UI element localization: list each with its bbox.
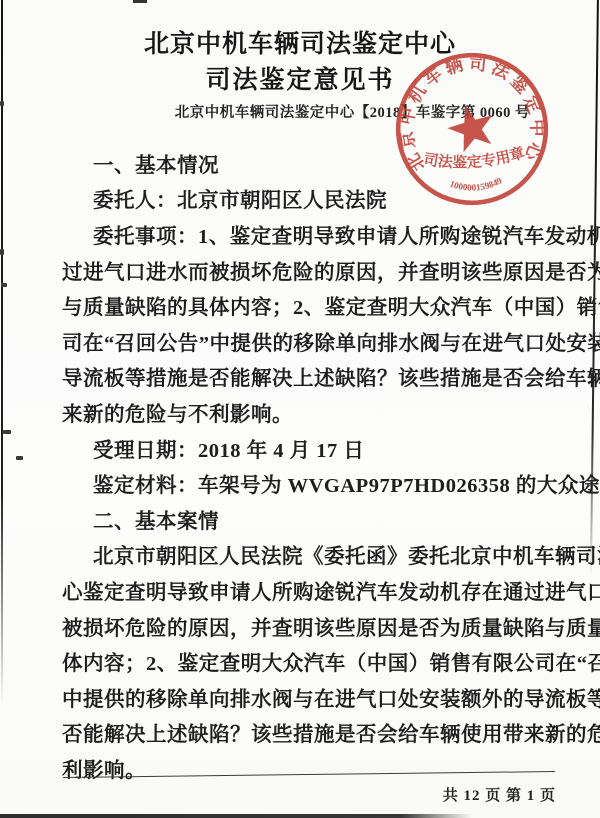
scan-speck: [1, 283, 7, 287]
document-body: 一、基本情况 委托人：北京市朝阳区人民法院 委托事项：1、鉴定查明导致申请人所购…: [62, 145, 530, 786]
body-line: 委托人：北京市朝阳区人民法院: [62, 181, 530, 217]
document-title: 北京中机车辆司法鉴定中心: [0, 24, 600, 60]
body-line: 来新的危险与不利影响。: [62, 394, 530, 430]
body-line: 委托事项：1、鉴定查明导致申请人所购途锐汽车发动机存在通: [62, 216, 530, 252]
scan-mark-top: [133, 0, 147, 3]
body-line: 导流板等措施是否能解决上述缺陷？该些措施是否会给车辆使用带: [62, 359, 530, 395]
body-line: 受理日期：2018 年 4 月 17 日: [62, 430, 530, 466]
body-line: 与质量缺陷的具体内容；2、鉴定查明大众汽车（中国）销售有限公: [62, 287, 530, 323]
body-line: 利影响。: [62, 750, 530, 786]
body-line: 司在“召回公告”中提供的移除单向排水阀与在进气口处安装额外的: [62, 323, 530, 359]
body-line: 北京市朝阳区人民法院《委托函》委托北京中机车辆司法鉴定中: [62, 537, 530, 573]
body-line: 鉴定材料：车架号为 WVGAP97P7HD026358 的大众途锐车辆: [62, 465, 530, 501]
scan-speck: [16, 456, 23, 460]
document-number: 北京中机车辆司法鉴定中心【2018】车鉴字第 0060 号: [0, 101, 530, 122]
body-line: 二、基本案情: [62, 501, 530, 537]
body-line: 中提供的移除单向排水阀与在进气口处安装额外的导流板等措施是: [62, 679, 530, 715]
body-line: 心鉴定查明导致申请人所购途锐汽车发动机存在通过进气口进水而: [62, 572, 530, 608]
body-line: 否能解决上述缺陷？该些措施是否会给车辆使用带来新的危险与不: [62, 715, 530, 751]
body-line: 体内容；2、鉴定查明大众汽车（中国）销售有限公司在“召回公告”: [62, 643, 530, 679]
scan-edge-bottom: [0, 814, 472, 818]
body-line: 被损坏危险的原因，并查明该些原因是否为质量缺陷与质量缺陷的具: [62, 608, 530, 644]
document-subtitle: 司法鉴定意见书: [0, 60, 600, 96]
document-page: 北京中机车辆司法鉴定中心 司法鉴定意见书 北京中机车辆司法鉴定中心【2018】车…: [0, 0, 600, 818]
body-line: 过进气口进水而被损坏危险的原因，并查明该些原因是否为质量缺陷: [62, 252, 530, 288]
scan-speck: [3, 430, 11, 434]
body-line: 一、基本情况: [62, 145, 530, 181]
page-indicator: 共 12 页 第 1 页: [443, 784, 556, 805]
scan-speck: [0, 249, 4, 255]
